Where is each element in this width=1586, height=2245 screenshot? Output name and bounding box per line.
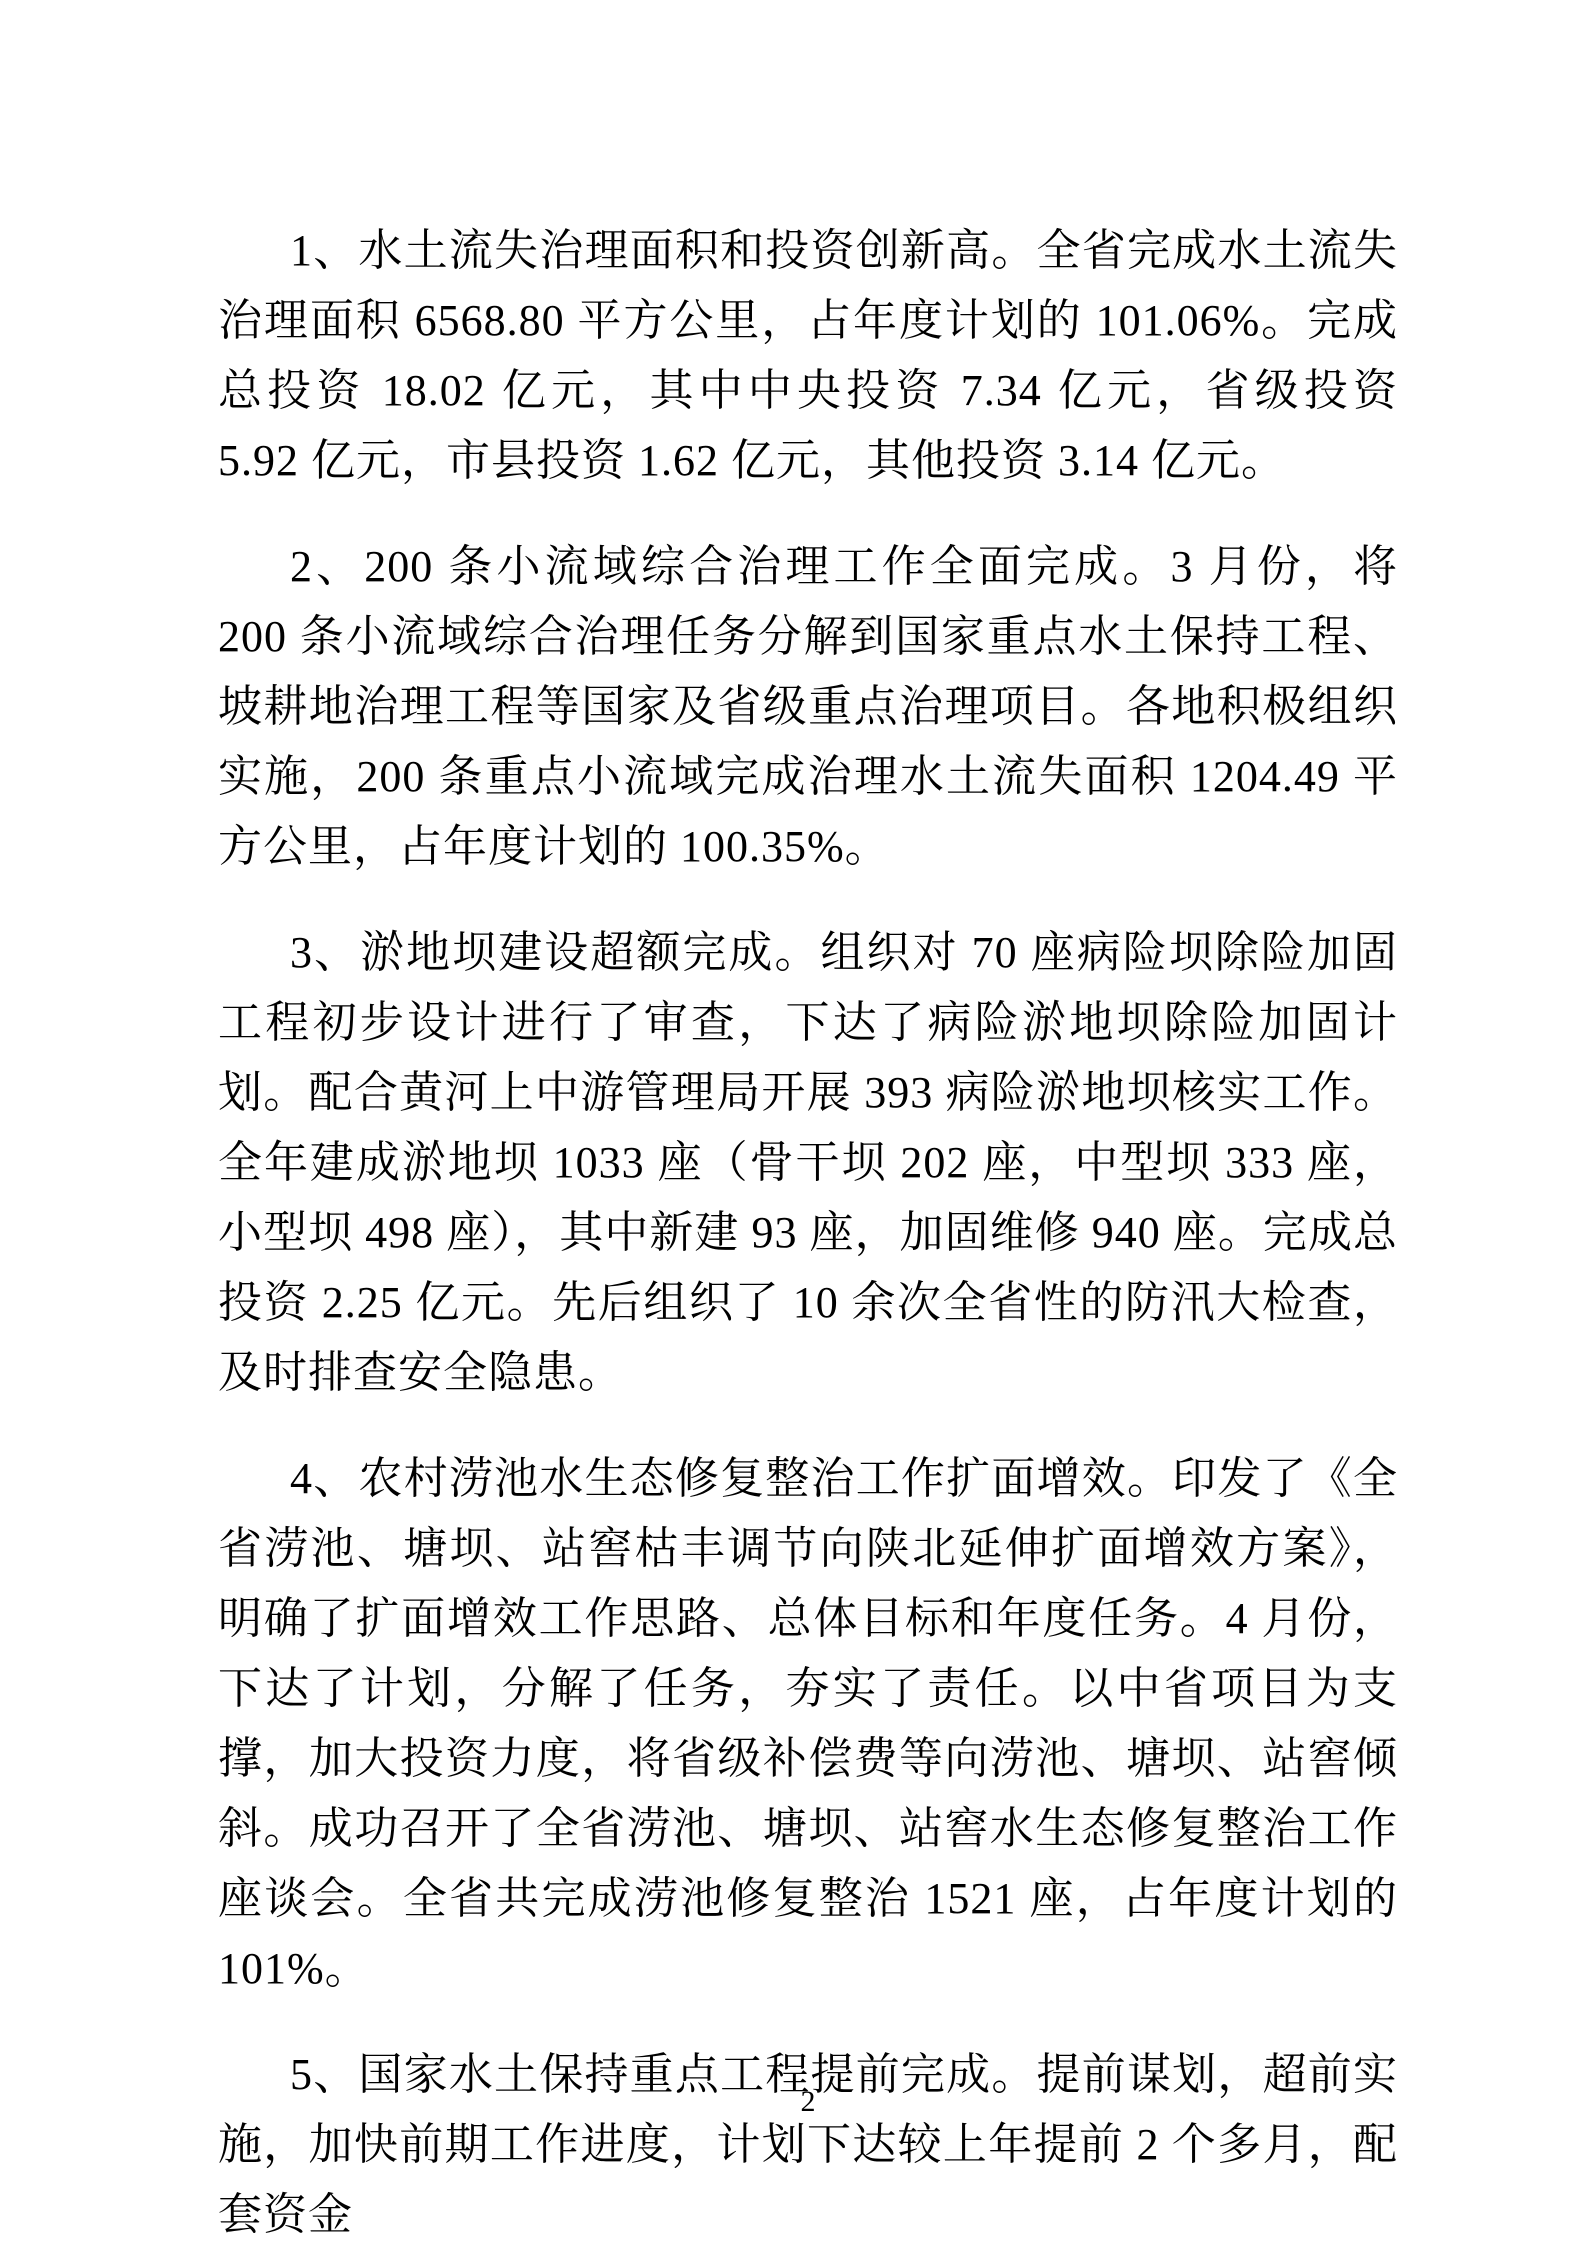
paragraph-3: 3、淤地坝建设超额完成。组织对 70 座病险坝除险加固工程初步设计进行了审查，下… (218, 918, 1398, 1408)
paragraph-4: 4、农村涝池水生态修复整治工作扩面增效。印发了《全省涝池、塘坝、站窖枯丰调节向陕… (218, 1444, 1398, 2004)
document-page: 1、水土流失治理面积和投资创新高。全省完成水土流失治理面积 6568.80 平方… (0, 0, 1586, 2245)
page-number: 2 (218, 2084, 1398, 2120)
paragraph-5: 5、国家水土保持重点工程提前完成。提前谋划，超前实施，加快前期工作进度，计划下达… (218, 2040, 1398, 2245)
paragraph-2: 2、200 条小流域综合治理工作全面完成。3 月份，将 200 条小流域综合治理… (218, 532, 1398, 882)
paragraph-1: 1、水土流失治理面积和投资创新高。全省完成水土流失治理面积 6568.80 平方… (218, 216, 1398, 496)
document-body: 1、水土流失治理面积和投资创新高。全省完成水土流失治理面积 6568.80 平方… (218, 216, 1398, 2245)
